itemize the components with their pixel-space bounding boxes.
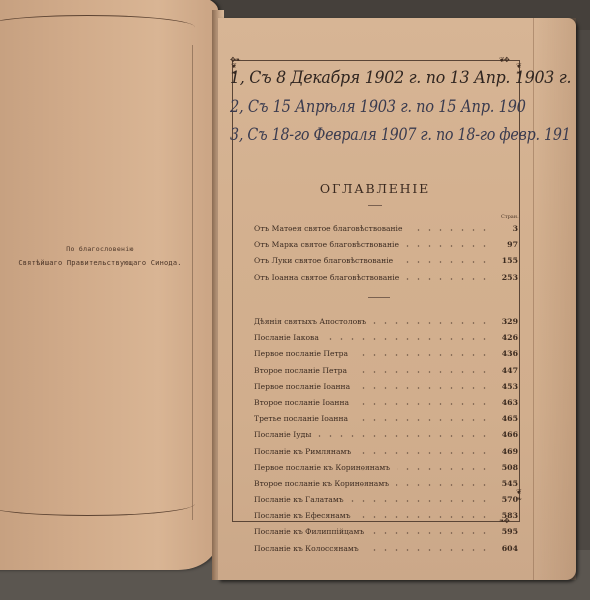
toc-row: Дѣянія святыхъ Апостоловъ329 <box>254 314 518 330</box>
toc-entry-page: 3 <box>513 221 518 237</box>
leader-dots <box>318 435 490 437</box>
toc-row: Посланіе къ Колоссянамъ604 <box>254 541 518 557</box>
toc-entry-page: 463 <box>502 395 518 411</box>
toc-entry-title: Посланіе къ Филиппійцамъ <box>254 527 367 536</box>
toc-row: Посланіе къ Римлянамъ469 <box>254 444 518 460</box>
leader-dots <box>406 245 490 247</box>
handwritten-note-3: 3, Съ 18-го Февраля 1907 г. по 18-го фев… <box>230 125 571 145</box>
toc-entry-page: 465 <box>502 411 518 427</box>
leader-dots <box>409 229 490 231</box>
toc-entry-title: Второе посланіе Іоанна <box>254 398 352 407</box>
toc-epistles-list: Дѣянія святыхъ Апостоловъ329 Посланіе Іа… <box>254 314 518 557</box>
toc-entry-page: 253 <box>502 270 518 286</box>
toc-entry-title: Отъ Іоанна святое благовѣствованіе <box>254 273 402 282</box>
leader-dots <box>396 484 490 486</box>
toc-gospels-list: Отъ Матѳея святое благовѣствованіе 3 Отъ… <box>254 221 518 286</box>
blessing-line-2: Святѣйшаго Правительствующаго Синода. <box>0 259 200 267</box>
handwritten-note-2: 2, Съ 15 Апрѣля 1903 г. по 15 Апр. 190 <box>230 97 526 117</box>
toc-entry-title: Третье посланіе Іоанна <box>254 414 351 423</box>
leader-dots <box>400 261 490 263</box>
toc-entry-title: Первое посланіе Іоанна <box>254 382 353 391</box>
leader-dots <box>356 403 490 405</box>
left-page-border-top <box>0 15 195 46</box>
left-page-border-bottom <box>0 485 195 516</box>
title-divider <box>368 205 382 206</box>
toc-entry-page: 447 <box>502 363 518 379</box>
left-page-border-right <box>192 45 193 520</box>
blessing-caption: По благословенію Святѣйшаго Правительств… <box>0 245 200 267</box>
toc-entry-title: Отъ Луки святое благовѣствованіе <box>254 256 396 265</box>
toc-entry-page: 453 <box>502 379 518 395</box>
toc-entry-title: Посланіе къ Колоссянамъ <box>254 544 362 553</box>
toc-entry-page: 155 <box>502 253 518 269</box>
toc-row: Отъ Марка святое благовѣствованіе 97 <box>254 237 518 253</box>
blessing-line-1: По благословенію <box>0 245 200 253</box>
toc-row: Первое посланіе Петра436 <box>254 346 518 362</box>
toc-row: Второе посланіе къ Коринѳянамъ545 <box>254 476 518 492</box>
toc-entry-title: Отъ Матѳея святое благовѣствованіе <box>254 224 405 233</box>
toc-row: Второе посланіе Петра447 <box>254 363 518 379</box>
left-page: По благословенію Святѣйшаго Правительств… <box>0 0 218 570</box>
toc-entry-page: 426 <box>502 330 518 346</box>
toc-entry-page: 508 <box>502 460 518 476</box>
toc-entry-title: Посланіе къ Галатамъ <box>254 495 347 504</box>
leader-dots <box>357 387 490 389</box>
toc-entry-title: Посланіе Іуды <box>254 430 314 439</box>
toc-entry-page: 570 <box>502 492 518 508</box>
handwritten-note-1: 1, Съ 8 Декабря 1902 г. по 13 Апр. 1903 … <box>230 68 571 88</box>
toc-entry-page: 595 <box>502 524 518 540</box>
toc-entry-page: 469 <box>502 444 518 460</box>
leader-dots <box>351 500 490 502</box>
toc-entry-title: Дѣянія святыхъ Апостоловъ <box>254 317 369 326</box>
toc-row: Отъ Матѳея святое благовѣствованіе 3 <box>254 221 518 237</box>
leader-dots <box>358 516 490 518</box>
toc-row: Третье посланіе Іоанна465 <box>254 411 518 427</box>
leader-dots <box>358 452 490 454</box>
leader-dots <box>355 419 490 421</box>
section-divider <box>368 297 390 298</box>
leader-dots <box>406 278 490 280</box>
toc-entry-page: 604 <box>502 541 518 557</box>
toc-title: ОГЛАВЛЕНІЕ <box>218 181 532 196</box>
toc-row: Второе посланіе Іоанна463 <box>254 395 518 411</box>
page-column-label: Стран. <box>501 214 519 220</box>
toc-row: Посланіе къ Ефесянамъ583 <box>254 508 518 524</box>
toc-entry-title: Посланіе къ Ефесянамъ <box>254 511 354 520</box>
toc-entry-page: 97 <box>507 237 518 253</box>
toc-row: Первое посланіе къ Коринѳянамъ508 <box>254 460 518 476</box>
leader-dots <box>371 532 490 534</box>
toc-entry-title: Отъ Марка святое благовѣствованіе <box>254 240 402 249</box>
corner-ornament-top-right-icon: ❦✥ <box>499 57 509 64</box>
leader-dots <box>397 468 490 470</box>
toc-entry-page: 583 <box>502 508 518 524</box>
toc-entry-title: Посланіе Іакова <box>254 333 322 342</box>
toc-entry-title: Второе посланіе къ Коринѳянамъ <box>254 479 392 488</box>
leader-dots <box>326 338 490 340</box>
toc-entry-page: 436 <box>502 346 518 362</box>
toc-entry-page: 329 <box>502 314 518 330</box>
toc-entry-title: Второе посланіе Петра <box>254 366 350 375</box>
toc-row: Посланіе къ Филиппійцамъ595 <box>254 524 518 540</box>
toc-row: Первое посланіе Іоанна453 <box>254 379 518 395</box>
toc-row: Отъ Луки святое благовѣствованіе 155 <box>254 253 518 269</box>
toc-entry-title: Первое посланіе къ Коринѳянамъ <box>254 463 393 472</box>
toc-entry-page: 545 <box>502 476 518 492</box>
toc-entry-title: Первое посланіе Петра <box>254 349 351 358</box>
leader-dots <box>355 354 490 356</box>
leader-dots <box>366 549 490 551</box>
toc-row: Отъ Іоанна святое благовѣствованіе 253 <box>254 270 518 286</box>
toc-entry-page: 466 <box>502 427 518 443</box>
page-edge <box>533 18 576 580</box>
leader-dots <box>354 371 490 373</box>
leader-dots <box>373 322 490 324</box>
toc-row: Посланіе Іуды466 <box>254 427 518 443</box>
toc-row: Посланіе къ Галатамъ570 <box>254 492 518 508</box>
toc-row: Посланіе Іакова426 <box>254 330 518 346</box>
right-page: ✥❧ ❦✥ ❦❧ ❦❧ ❧✥ ❦❧ 1, Съ 8 Декабря 1902 г… <box>218 18 576 580</box>
toc-entry-title: Посланіе къ Римлянамъ <box>254 447 354 456</box>
